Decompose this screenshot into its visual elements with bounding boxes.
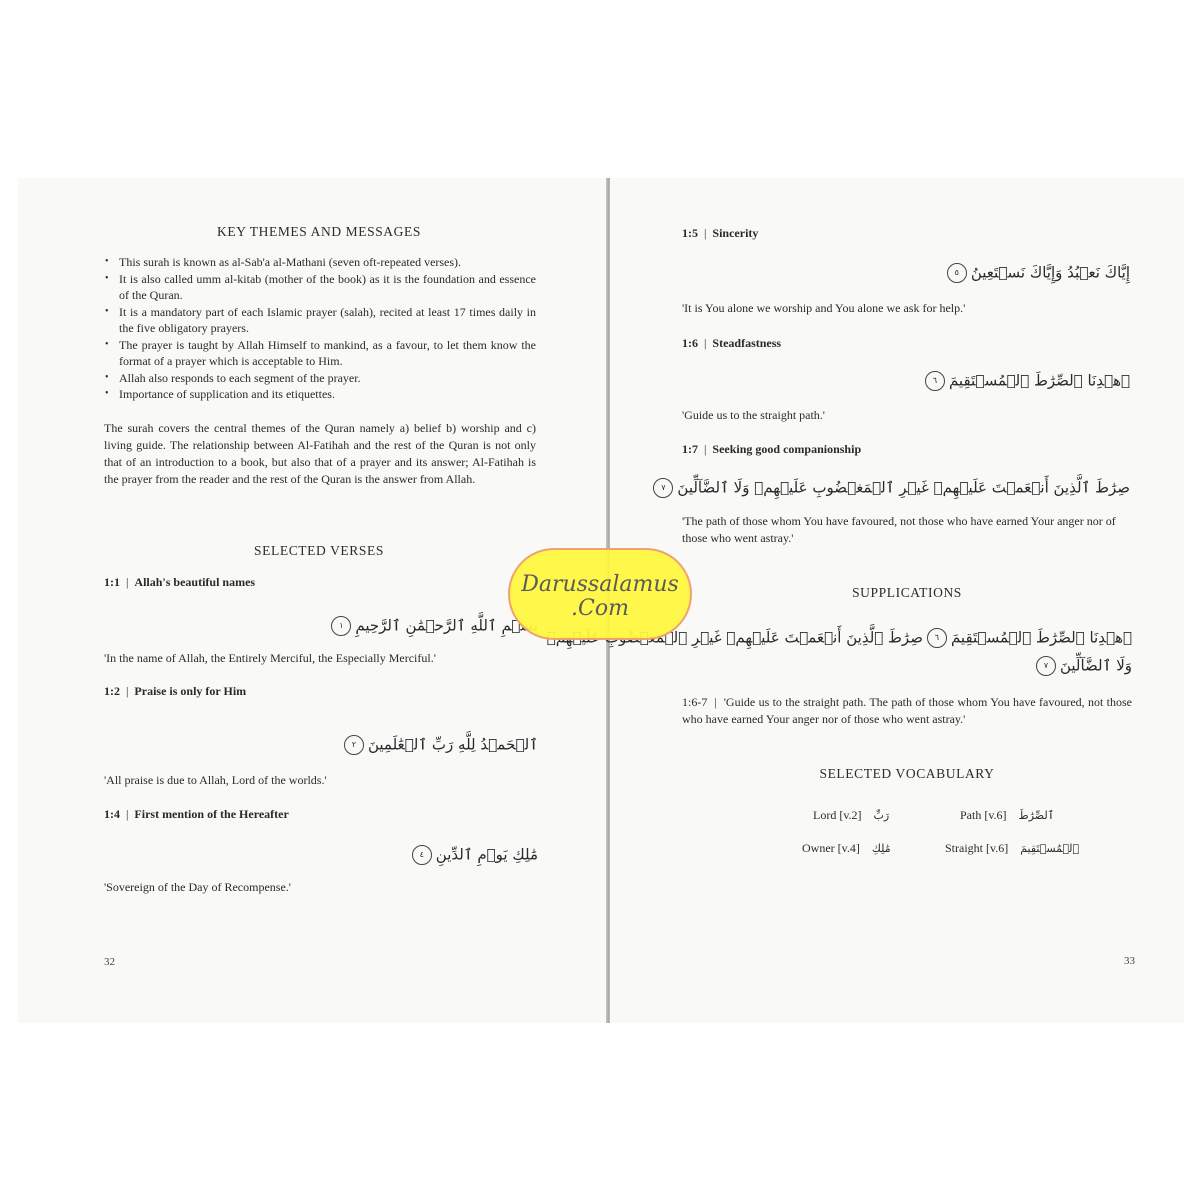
list-item: It is also called umm al-kitab (mother o… [104, 271, 536, 304]
list-item: The prayer is taught by Allah Himself to… [104, 337, 536, 370]
arabic-verse: مَٰلِكِ يَوۡمِ ٱلدِّينِ٤ [218, 845, 538, 865]
ayah-number-marker: ٦ [925, 371, 945, 391]
arabic-verse: بِسۡمِ ٱللَّهِ ٱلرَّحۡمَٰنِ ٱلرَّحِيمِ١ [218, 616, 538, 636]
verse-heading: 1:5|Sincerity [682, 226, 758, 241]
ayah-number-marker: ٧ [1036, 656, 1056, 676]
vocab-item: Straight [v.6]ٱلۡمُسۡتَقِيمَ [945, 841, 1079, 856]
page-number: 33 [1124, 955, 1135, 967]
key-themes-title: KEY THEMES AND MESSAGES [104, 224, 534, 240]
page-number: 32 [104, 956, 115, 968]
verse-translation: 'Guide us to the straight path.' [682, 407, 1122, 424]
verse-translation: 'It is You alone we worship and You alon… [682, 300, 1122, 317]
list-item: Importance of supplication and its etiqu… [104, 386, 536, 403]
supplication-arabic-line-2: وَلَا ٱلضَّآلِّينَ٧ [682, 656, 1132, 676]
arabic-verse: ٱلۡحَمۡدُ لِلَّهِ رَبِّ ٱلۡعَٰلَمِينَ٢ [218, 735, 538, 755]
watermark-line-1: Darussalamus [510, 573, 690, 597]
ayah-number-marker: ١ [331, 616, 351, 636]
vocab-item: Owner [v.4]مَٰلِكِ [802, 841, 891, 856]
watermark-line-2: .Com [510, 597, 690, 621]
list-item: It is a mandatory part of each Islamic p… [104, 304, 536, 337]
ayah-number-marker: ٢ [344, 735, 364, 755]
key-themes-paragraph: The surah covers the central themes of t… [104, 420, 536, 488]
verse-heading: 1:2|Praise is only for Him [104, 684, 246, 699]
supplication-arabic-line-1: ٱهۡدِنَا ٱلصِّرَٰطَ ٱلۡمُسۡتَقِيمَ٦صِرَٰ… [682, 628, 1132, 648]
ayah-number-marker: ٥ [947, 263, 967, 283]
list-item: This surah is known as al-Sab'a al-Matha… [104, 254, 536, 271]
supplications-title: SUPPLICATIONS [682, 585, 1132, 601]
arabic-verse: إِيَّاكَ نَعۡبُدُ وَإِيَّاكَ نَسۡتَعِينُ… [760, 263, 1130, 283]
verse-translation: 'The path of those whom You have favoure… [682, 513, 1132, 547]
vocab-item: Lord [v.2]رَبِّ [813, 808, 889, 823]
vocabulary-title: SELECTED VOCABULARY [682, 766, 1132, 782]
arabic-verse: صِرَٰطَ ٱلَّذِينَ أَنۡعَمۡتَ عَلَيۡهِمۡ … [690, 478, 1130, 498]
supplication-translation: 1:6-7|'Guide us to the straight path. Th… [682, 694, 1132, 728]
verse-translation: 'Sovereign of the Day of Recompense.' [104, 879, 544, 896]
ayah-number-marker: ٤ [412, 845, 432, 865]
key-themes-list: This surah is known as al-Sab'a al-Matha… [104, 254, 536, 403]
ayah-number-marker: ٦ [927, 628, 947, 648]
selected-verses-title: SELECTED VERSES [104, 543, 534, 559]
verse-heading: 1:6|Steadfastness [682, 336, 781, 351]
verse-translation: 'All praise is due to Allah, Lord of the… [104, 772, 544, 789]
list-item: Allah also responds to each segment of t… [104, 370, 536, 387]
ayah-number-marker: ٧ [653, 478, 673, 498]
verse-heading: 1:1|Allah's beautiful names [104, 575, 255, 590]
right-page: 1:5|Sincerity إِيَّاكَ نَعۡبُدُ وَإِيَّا… [610, 178, 1184, 1023]
arabic-verse: ٱهۡدِنَا ٱلصِّرَٰطَ ٱلۡمُسۡتَقِيمَ٦ [760, 371, 1130, 391]
verse-translation: 'In the name of Allah, the Entirely Merc… [104, 650, 544, 667]
verse-heading: 1:4|First mention of the Hereafter [104, 807, 289, 822]
vocab-item: Path [v.6]ٱلصِّرَٰطَ [960, 808, 1054, 823]
watermark-badge: Darussalamus .Com [508, 548, 692, 640]
verse-heading: 1:7|Seeking good companionship [682, 442, 861, 457]
